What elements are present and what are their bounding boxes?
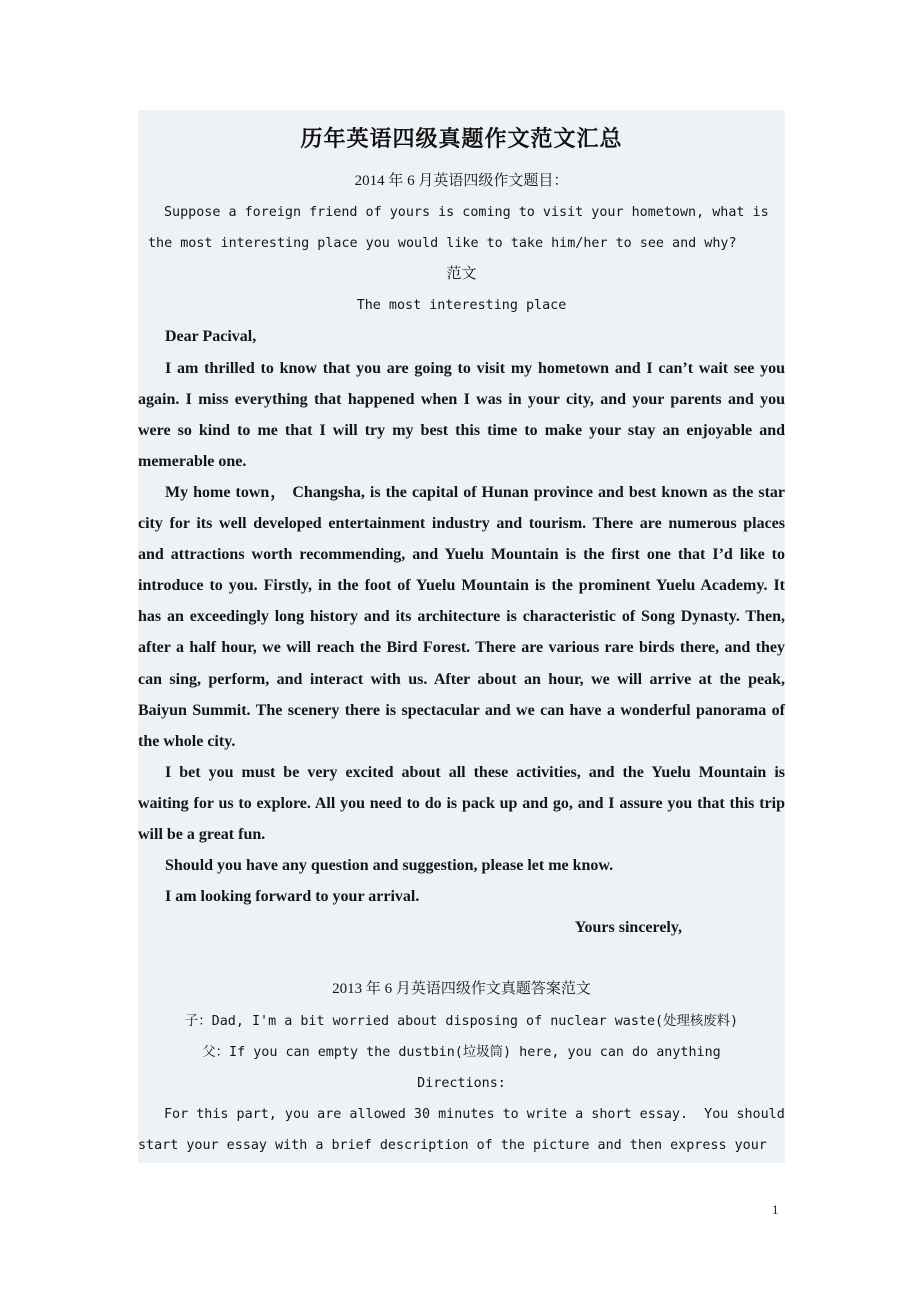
dialogue-son-line: 子：Dad, I'm a bit worried about disposing… xyxy=(138,1006,785,1037)
letter-line: again. I miss everything that happened w… xyxy=(138,384,785,415)
dialogue-father-line: 父：If you can empty the dustbin(垃圾筒) here… xyxy=(138,1037,785,1068)
section-2014-heading: 2014 年 6 月英语四级作文题目： xyxy=(138,166,785,197)
letter-line: city for its well developed entertainmen… xyxy=(138,508,785,539)
letter-line: My home town， Changsha, is the capital o… xyxy=(138,477,785,508)
letter-line: introduce to you. Firstly, in the foot o… xyxy=(138,570,785,601)
content-area: 历年英语四级真题作文范文汇总 2014 年 6 月英语四级作文题目： Suppo… xyxy=(138,110,785,1163)
letter-line: can sing, perform, and interact with us.… xyxy=(138,664,785,695)
letter-line: Baiyun Summit. The scenery there is spec… xyxy=(138,695,785,726)
essay-title: The most interesting place xyxy=(138,290,785,321)
prompt-line: Suppose a foreign friend of yours is com… xyxy=(138,197,785,228)
document-page: { "colors": { "page_bg": "#ffffff", "con… xyxy=(0,0,920,1302)
page-number: 1 xyxy=(772,1202,779,1218)
letter-line: waiting for us to explore. All you need … xyxy=(138,788,785,819)
letter-line: were so kind to me that I will try my be… xyxy=(138,415,785,446)
prompt-line: the most interesting place you would lik… xyxy=(138,228,785,259)
letter-line: I am looking forward to your arrival. xyxy=(138,881,785,912)
letter-line: has an exceedingly long history and its … xyxy=(138,601,785,632)
doc-title: 历年英语四级真题作文范文汇总 xyxy=(138,122,785,156)
letter-line: memerable one. xyxy=(138,446,785,477)
section-2013-heading: 2013 年 6 月英语四级作文真题答案范文 xyxy=(138,974,785,1005)
letter-closing: Yours sincerely, xyxy=(138,912,785,943)
letter-line: after a half hour, we will reach the Bir… xyxy=(138,632,785,663)
directions-label: Directions: xyxy=(138,1068,785,1099)
body-column: 2014 年 6 月英语四级作文题目： Suppose a foreign fr… xyxy=(138,166,785,1161)
letter-line: Should you have any question and suggest… xyxy=(138,850,785,881)
directions-line: For this part, you are allowed 30 minute… xyxy=(138,1099,785,1130)
blank-line xyxy=(138,943,785,974)
letter-line: the whole city. xyxy=(138,726,785,757)
directions-line: start your essay with a brief descriptio… xyxy=(138,1130,785,1161)
letter-line: I bet you must be very excited about all… xyxy=(138,757,785,788)
letter-line: I am thrilled to know that you are going… xyxy=(138,353,785,384)
letter-line: and attractions worth recommending, and … xyxy=(138,539,785,570)
letter-salutation: Dear Pacival, xyxy=(138,321,785,352)
letter-line: will be a great fun. xyxy=(138,819,785,850)
sample-label: 范文 xyxy=(138,259,785,290)
